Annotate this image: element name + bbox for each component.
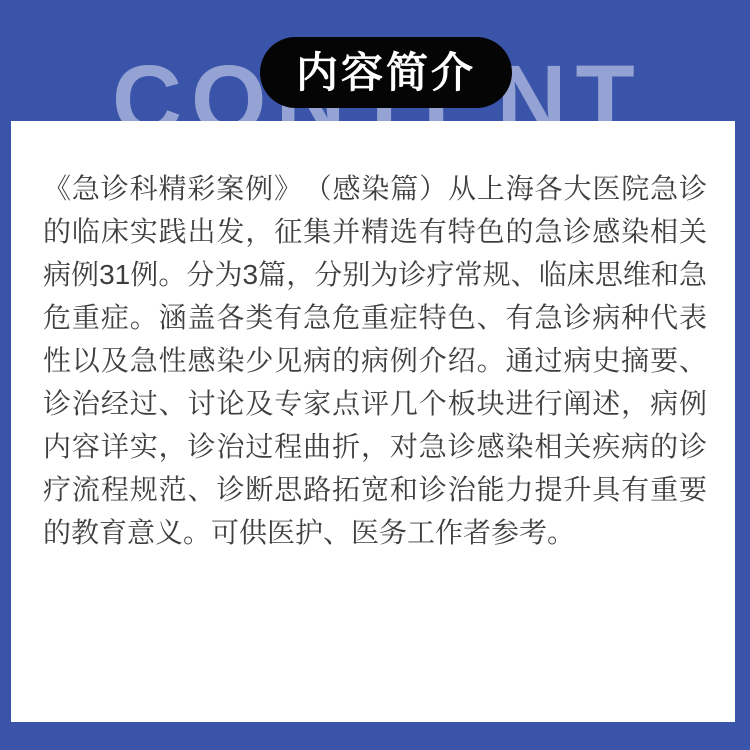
promo-banner-page: CONTENT 内容简介 《急诊科精彩案例》 （感染篇）从上海各大医院急诊的临床… <box>0 0 750 750</box>
description-card: 《急诊科精彩案例》 （感染篇）从上海各大医院急诊的临床实践出发，征集并精选有特色… <box>11 121 735 722</box>
section-title-badge: 内容简介 <box>260 37 512 108</box>
section-title-label: 内容简介 <box>296 52 476 94</box>
book-description-paragraph: 《急诊科精彩案例》 （感染篇）从上海各大医院急诊的临床实践出发，征集并精选有特色… <box>11 121 735 554</box>
